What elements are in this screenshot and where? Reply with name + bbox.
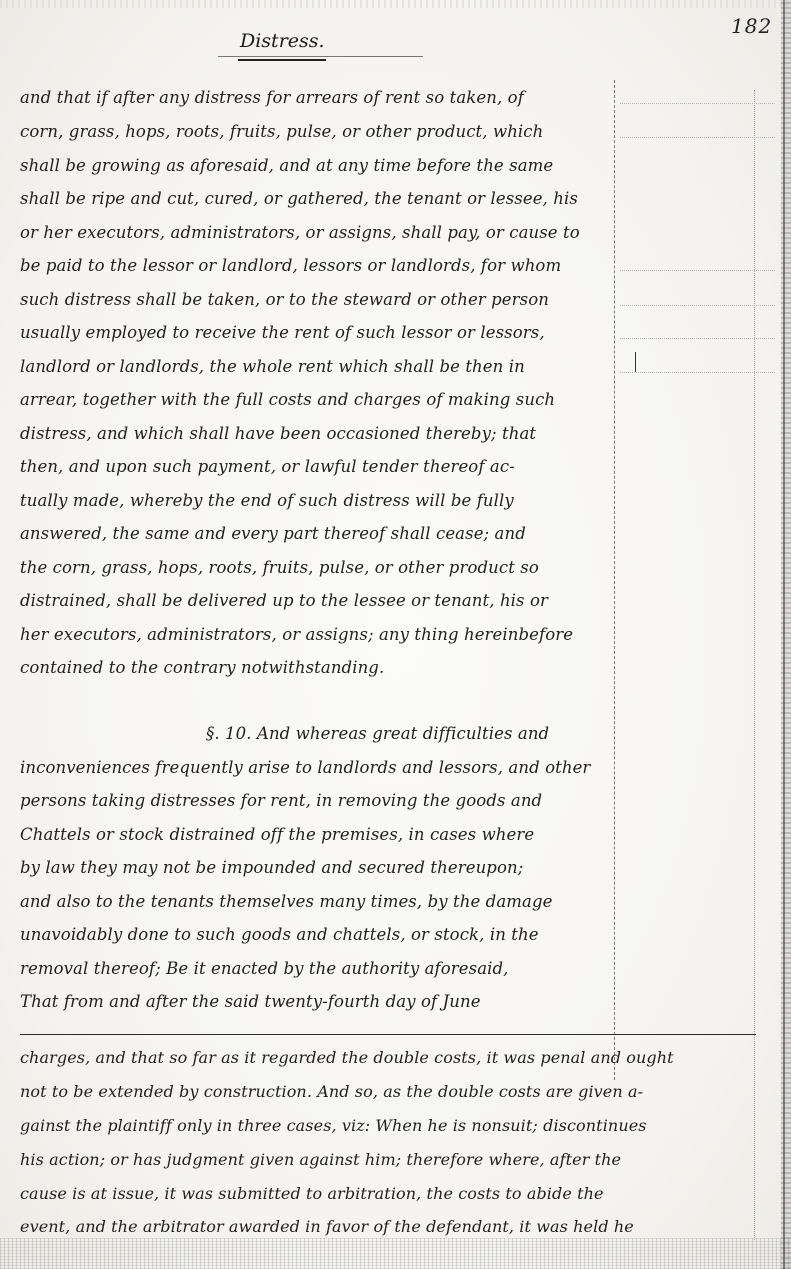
heading-underline (218, 56, 423, 57)
text-line: such distress shall be taken, or to the … (20, 290, 610, 309)
text-line: and that if after any distress for arrea… (20, 88, 610, 107)
text-line: answered, the same and every part thereo… (20, 524, 610, 543)
text-line: shall be growing as aforesaid, and at an… (20, 156, 610, 175)
margin-rule (614, 80, 615, 1080)
text-line: tually made, whereby the end of such dis… (20, 491, 610, 510)
text-line: by law they may not be impounded and sec… (20, 858, 610, 877)
text-line: removal thereof; Be it enacted by the au… (20, 959, 610, 978)
footnote-line: event, and the arbitrator awarded in fav… (20, 1217, 765, 1236)
margin-grid-line (620, 103, 775, 104)
text-line: landlord or landlords, the whole rent wh… (20, 357, 610, 376)
footnote-line: charges, and that so far as it regarded … (20, 1048, 765, 1067)
text-line: and also to the tenants themselves many … (20, 892, 610, 911)
page-number: 182 (731, 14, 772, 38)
text-line: be paid to the lessor or landlord, lesso… (20, 256, 610, 275)
page-heading: Distress. (240, 30, 325, 52)
text-line: usually employed to receive the rent of … (20, 323, 610, 342)
margin-tick-mark (635, 352, 636, 372)
text-line: then, and upon such payment, or lawful t… (20, 457, 610, 476)
text-line: her executors, administrators, or assign… (20, 625, 610, 644)
text-line: the corn, grass, hops, roots, fruits, pu… (20, 558, 610, 577)
margin-grid-line (620, 338, 775, 339)
text-line: inconveniences frequently arise to landl… (20, 758, 610, 777)
margin-grid-line (620, 270, 775, 271)
margin-rule-outer (754, 90, 755, 1240)
footnote-divider (20, 1034, 756, 1035)
text-line: or her executors, administrators, or ass… (20, 223, 610, 242)
margin-grid-line (620, 372, 775, 373)
text-line: distress, and which shall have been occa… (20, 424, 610, 443)
page-edge-line (783, 0, 785, 1269)
footnote-line: not to be extended by construction. And … (20, 1082, 765, 1101)
footnote-line: gainst the plaintiff only in three cases… (20, 1116, 765, 1135)
margin-grid-line (620, 305, 775, 306)
margin-grid-line (620, 137, 775, 138)
footnote-line: his action; or has judgment given agains… (20, 1150, 765, 1169)
text-line: contained to the contrary notwithstandin… (20, 658, 610, 677)
section-heading-line: §. 10. And whereas great difficulties an… (206, 724, 610, 743)
text-line: That from and after the said twenty-four… (20, 992, 610, 1011)
heading-underline-bold (238, 59, 326, 61)
scan-noise-bottom (0, 1238, 791, 1269)
text-line: corn, grass, hops, roots, fruits, pulse,… (20, 122, 610, 141)
text-line: shall be ripe and cut, cured, or gathere… (20, 189, 610, 208)
text-line: distrained, shall be delivered up to the… (20, 591, 610, 610)
text-line: unavoidably done to such goods and chatt… (20, 925, 610, 944)
scan-noise-top (0, 0, 791, 8)
manuscript-page: 182 Distress. and that if after any dist… (0, 0, 791, 1269)
text-line: Chattels or stock distrained off the pre… (20, 825, 610, 844)
text-line: persons taking distresses for rent, in r… (20, 791, 610, 810)
footnote-line: cause is at issue, it was submitted to a… (20, 1184, 765, 1203)
text-line: arrear, together with the full costs and… (20, 390, 610, 409)
